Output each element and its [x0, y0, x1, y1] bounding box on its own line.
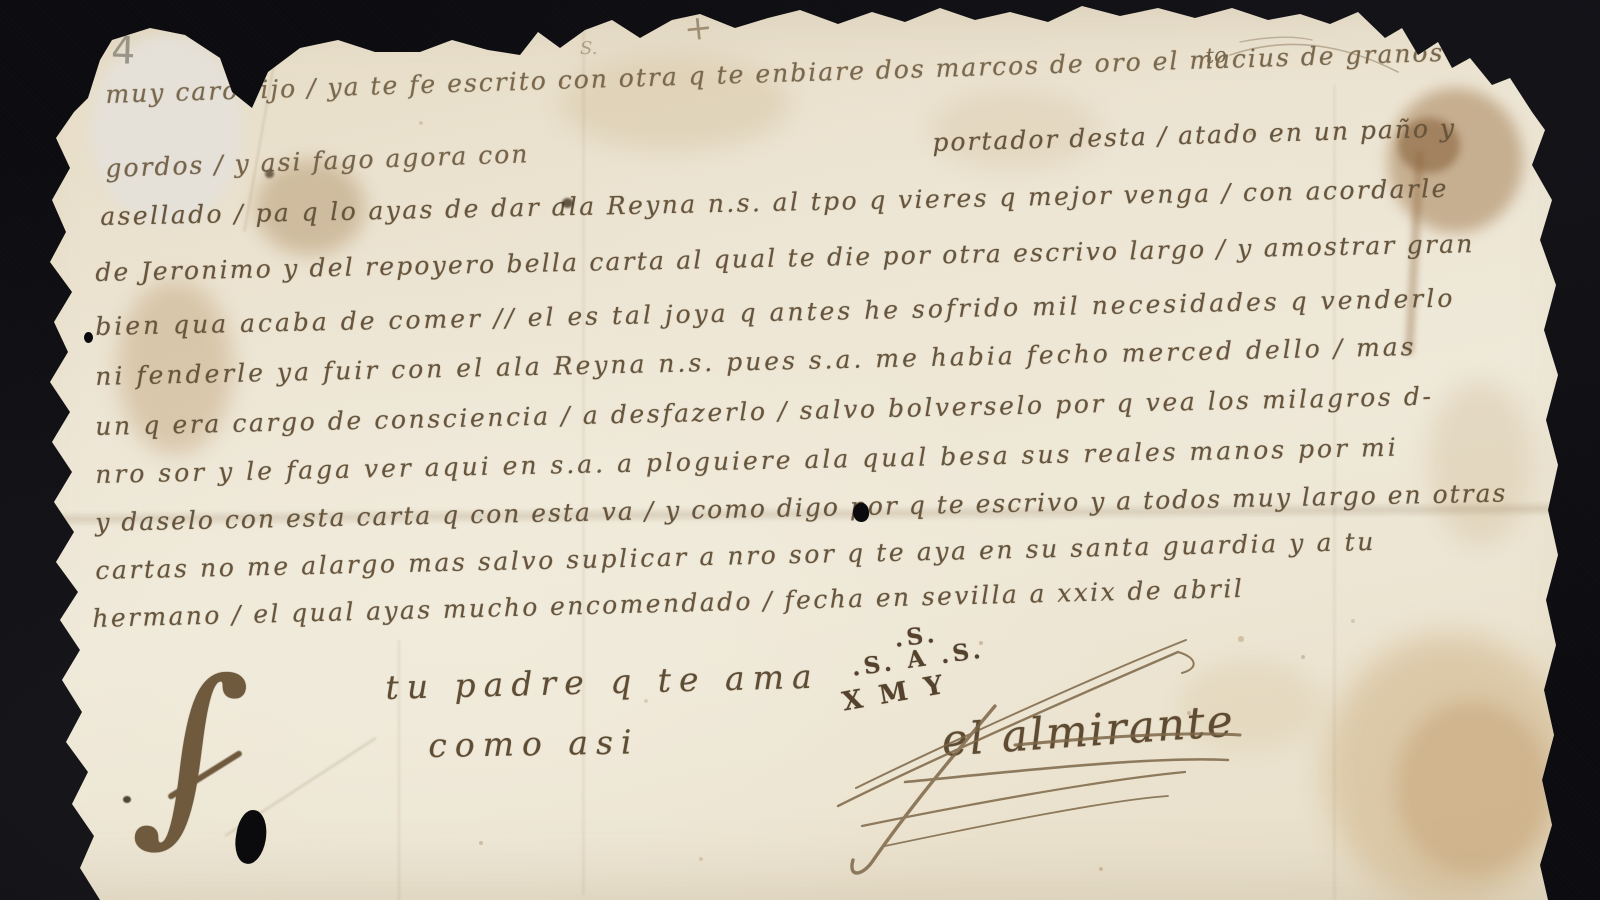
manuscript-line: muy caro fijo / ya te fe escrito con otr… [105, 36, 1515, 109]
page-number: 4 [110, 28, 136, 73]
closing-line: como asi [428, 722, 640, 765]
closing-line: tu padre q te ama [385, 657, 820, 707]
fold-crease [224, 737, 376, 837]
stain [1395, 700, 1550, 875]
manuscript-line: un q era cargo de consciencia / a desfaz… [95, 382, 1434, 441]
manuscript-line: asellado / pa q lo ayas de dar ala Reyna… [100, 174, 1449, 231]
manuscript-line: hermano / el qual ayas mucho encomendado… [92, 574, 1245, 633]
top-s-mark: S. [580, 38, 597, 59]
foxing-speckles [0, 0, 2, 2]
invocation-cross-mark: + [682, 7, 715, 50]
manuscript-line: gordos / y asi fago agora con [105, 139, 530, 183]
manuscript-line: bien qua acaba de comer // el es tal joy… [95, 284, 1456, 341]
ink-blot [123, 796, 131, 803]
stain [1388, 88, 1523, 233]
paraph-mark: ∫ [128, 630, 256, 873]
stain [1428, 380, 1533, 545]
manuscript-line: ni fenderle ya fuir con el ala Reyna n.s… [95, 332, 1417, 391]
paper-hole [232, 808, 271, 866]
manuscript-line: portador desta / atado en un paño y [932, 113, 1456, 157]
stain [1325, 635, 1575, 900]
signature-name: el almirante [940, 696, 1236, 767]
manuscript-line: nro sor y le faga ver aqui en s.a. a plo… [95, 433, 1399, 489]
paper-hole [84, 332, 93, 343]
manuscript-paper: 4 + S. to muy caro fijo / ya te fe escri… [0, 0, 1600, 900]
manuscript-line: de Jeronimo y del repoyero bella carta a… [95, 229, 1475, 287]
photo-background: { "scene": { "background_color": "#0b0b0… [0, 0, 1600, 900]
